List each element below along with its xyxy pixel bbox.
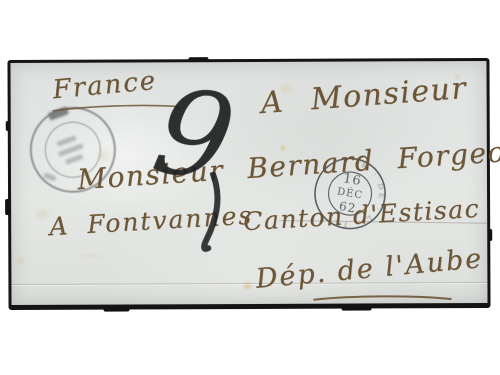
- endorsement-france: France: [52, 68, 159, 103]
- edge-notch: [6, 121, 10, 131]
- photo-background: E · DE · L · IS 16 DÉC 62 9 France A Mon…: [0, 0, 500, 375]
- rate-mark-tail: [197, 172, 233, 254]
- edge-notch: [188, 57, 208, 61]
- postal-cover: E · DE · L · IS 16 DÉC 62 9 France A Mon…: [7, 58, 490, 310]
- stain: [239, 278, 255, 293]
- address-line-3-right: Canton d'Estisac: [243, 196, 481, 234]
- edge-notch: [5, 199, 10, 215]
- stain: [11, 253, 29, 269]
- edge-notch: [488, 229, 492, 241]
- address-line-4: Dép. de l'Aube: [255, 245, 485, 293]
- address-line-4-underline: [311, 293, 453, 304]
- edge-notch: [104, 308, 130, 312]
- edge-notch: [342, 306, 372, 310]
- stain: [71, 251, 111, 261]
